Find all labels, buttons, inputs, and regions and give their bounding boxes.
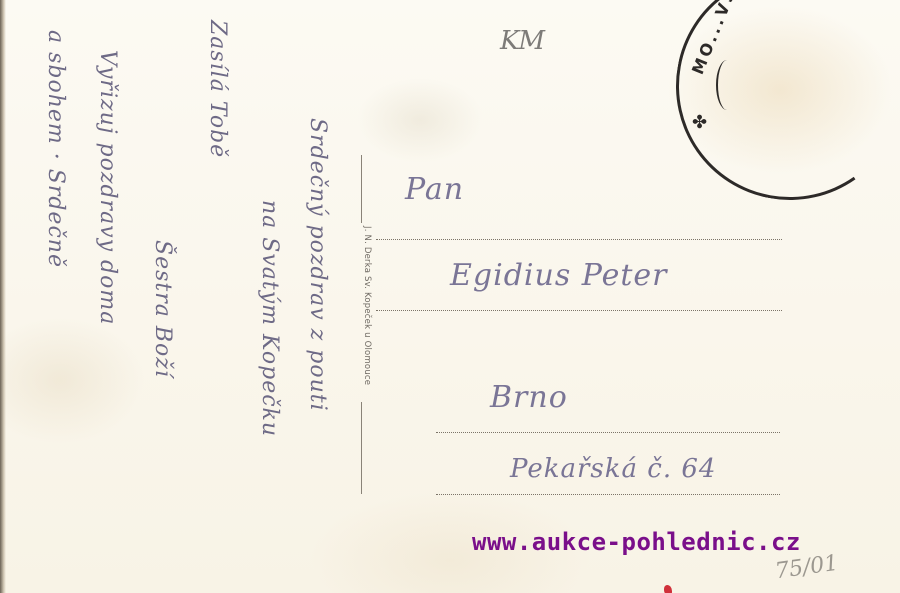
printer-imprint: J. N. Derka Sv. Kopeček u Olomouce [362, 226, 372, 385]
address-salutation: Pan [405, 172, 464, 207]
message-line-3: Zasílá Tobě [205, 20, 230, 158]
pencil-note-top: KM [500, 26, 544, 56]
message-line-2: na Svatým Kopečku [257, 200, 282, 437]
red-ink-mark [664, 585, 672, 593]
address-line-4 [436, 494, 780, 495]
divider-bottom [361, 402, 362, 494]
address-line-3 [436, 432, 780, 433]
postcard-back: Srdečný pozdrav z pouti na Svatým Kopečk… [0, 0, 900, 593]
message-line-5: Vyřizuj pozdravy doma [95, 50, 120, 325]
card-edge-shadow [0, 0, 6, 593]
address-line-2 [376, 310, 782, 311]
address-line-1 [376, 239, 782, 240]
postmark-star-icon: ✤ [692, 112, 707, 133]
address-street: Pekařská č. 64 [510, 454, 716, 484]
message-line-6: a sbohem · Srdečně [43, 30, 68, 268]
watermark-link[interactable]: www.aukce-pohlednic.cz [472, 528, 801, 556]
message-line-1: Srdečný pozdrav z pouti [305, 118, 330, 412]
message-line-4: Šestra Boží [150, 240, 175, 378]
divider-top [361, 155, 362, 223]
postmark-circle [658, 0, 900, 218]
address-name: Egidius Peter [450, 258, 668, 293]
postmark-inner-arc [716, 60, 738, 110]
address-city: Brno [490, 380, 568, 415]
